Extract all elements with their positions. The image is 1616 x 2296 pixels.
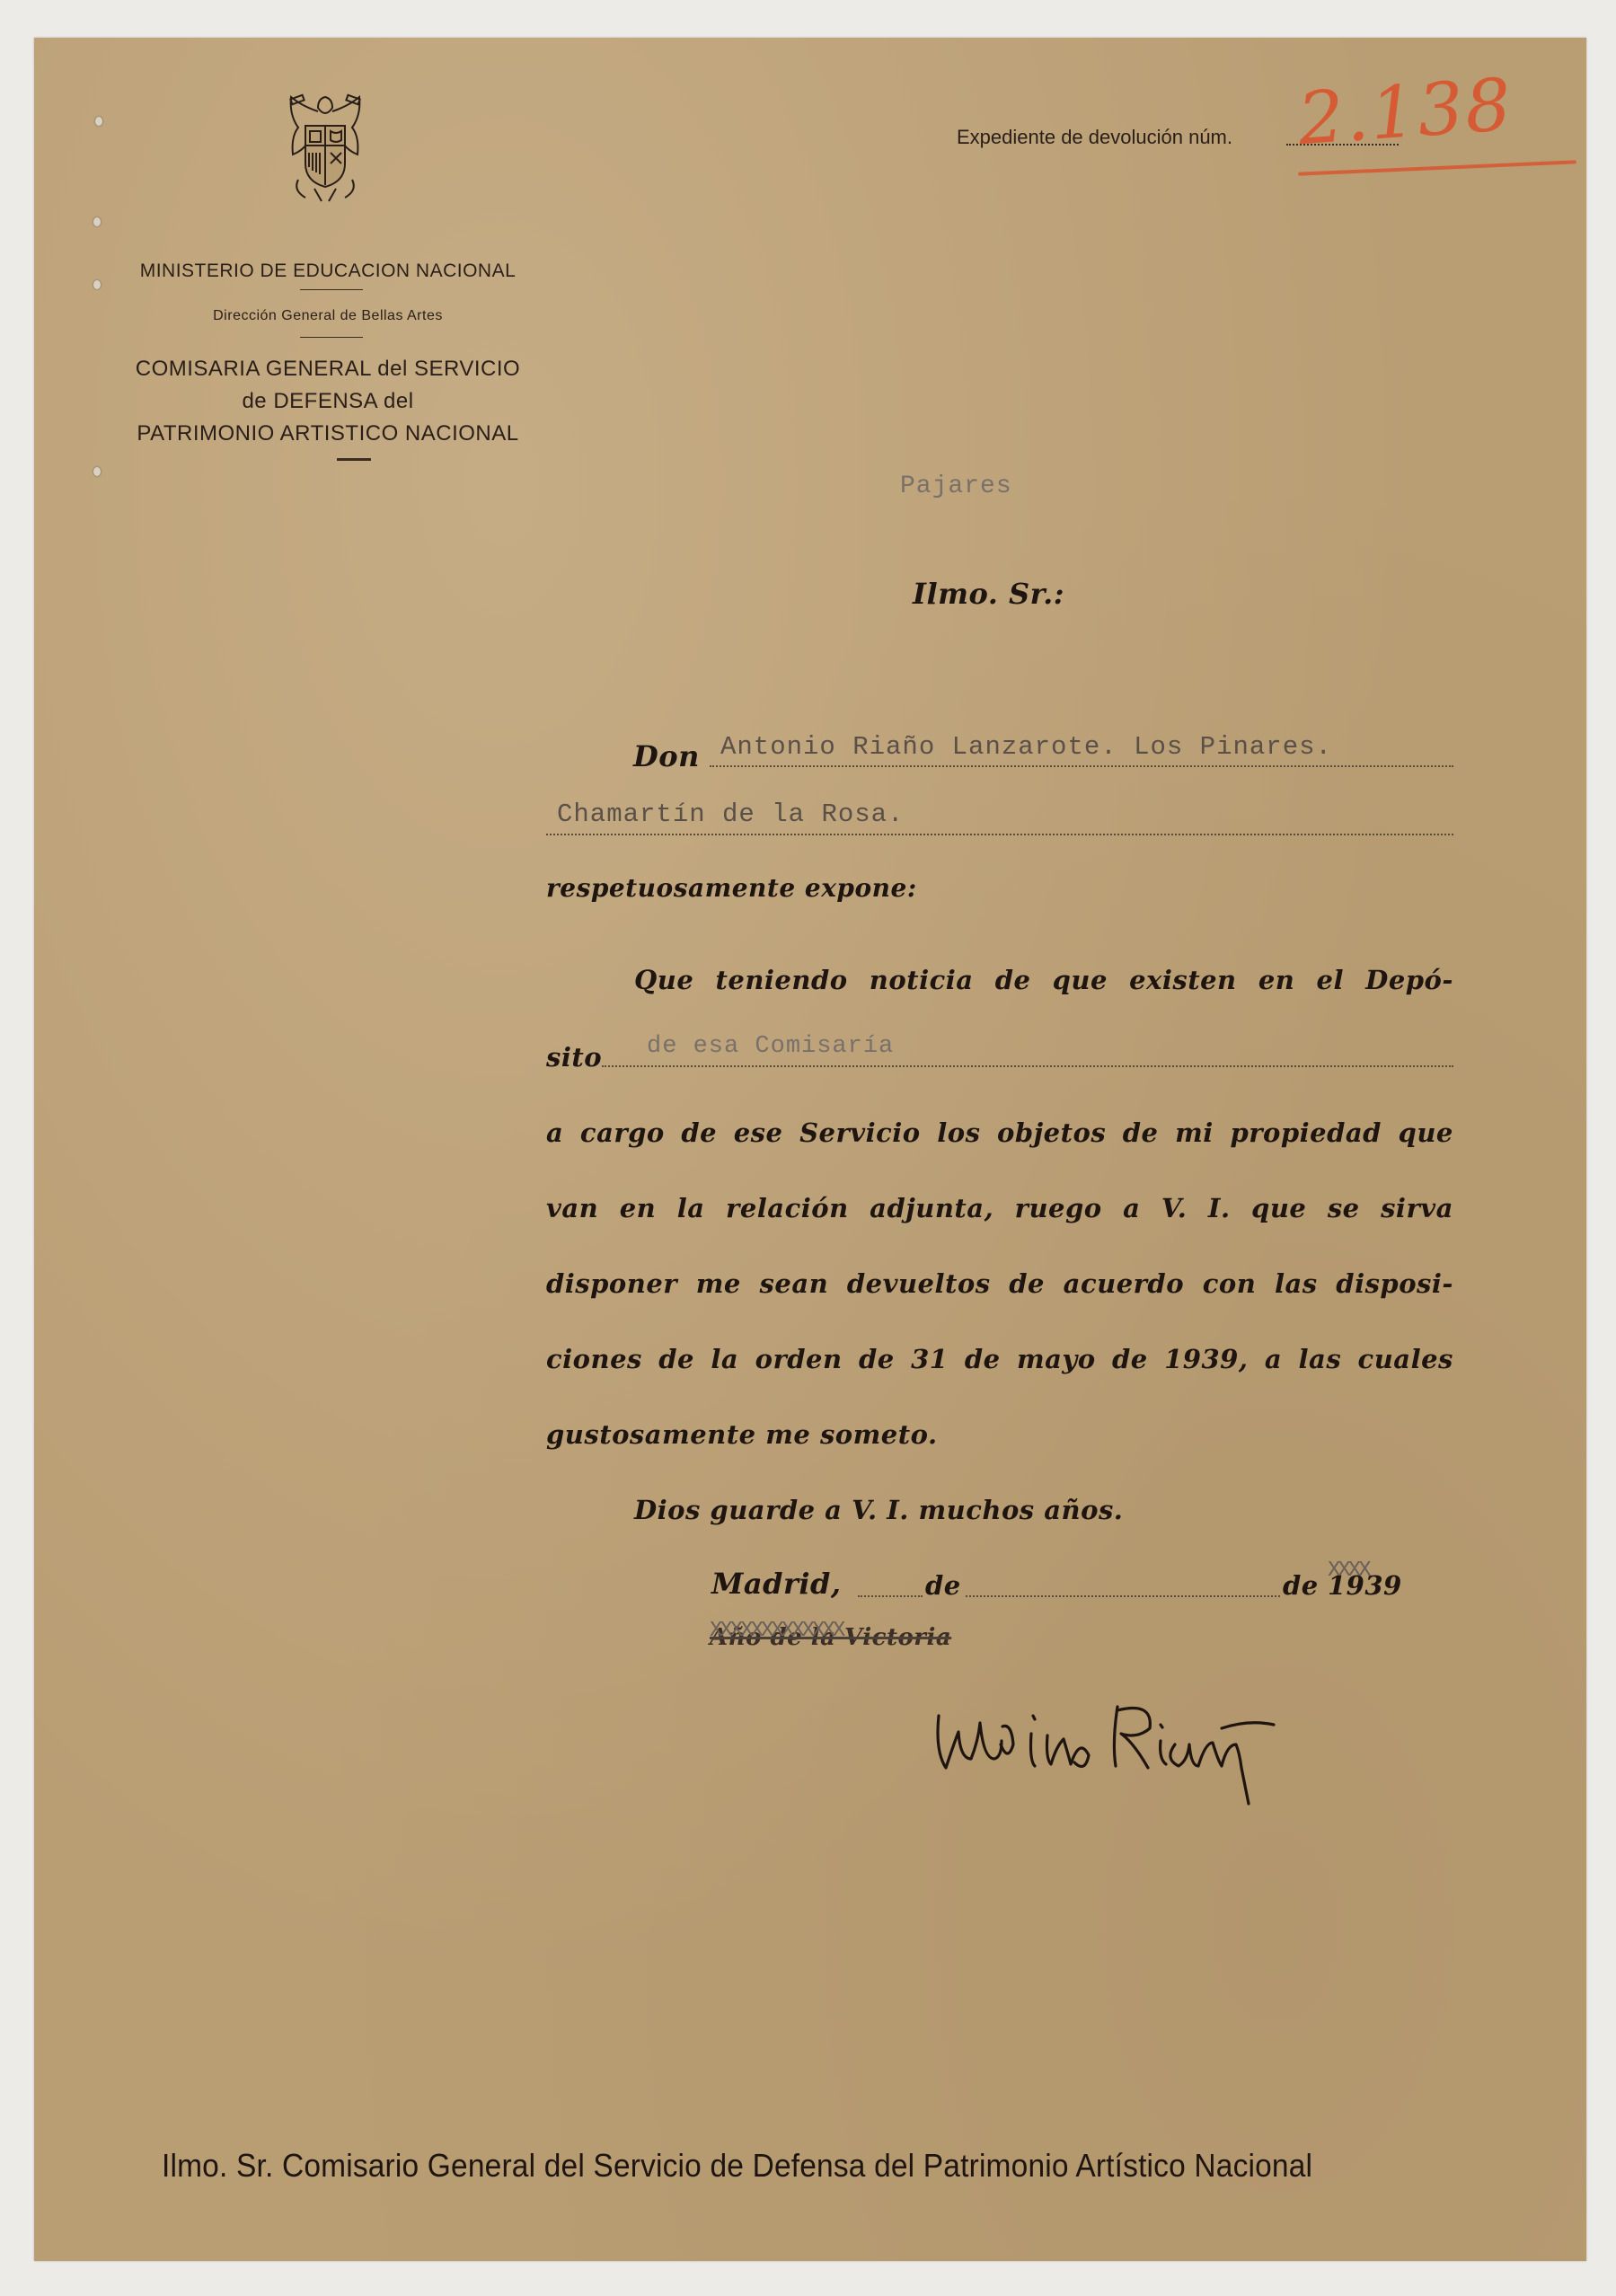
date-year-overstrike: XXXX: [1328, 1559, 1369, 1583]
binding-hole: [93, 467, 101, 476]
date-de-2: de: [1283, 1570, 1319, 1601]
don-label: Don: [633, 739, 700, 773]
date-de-1: de: [925, 1570, 961, 1601]
binding-hole: [93, 280, 101, 289]
directorate-name: Dirección General de Bellas Artes: [135, 308, 521, 324]
commission-name: COMISARIA GENERAL del SERVICIO de DEFENS…: [117, 353, 539, 450]
date-month-field: [966, 1595, 1280, 1597]
petitioner-address: Chamartín de la Rosa.: [557, 799, 904, 829]
commission-line: COMISARIA GENERAL del SERVICIO: [117, 353, 539, 385]
date-day-field: [858, 1595, 923, 1597]
petitioner-line-1: [710, 765, 1453, 767]
deposit-prefix: sito: [546, 1042, 602, 1073]
commission-line: de DEFENSA del: [117, 385, 539, 418]
petitioner-line-2: [546, 834, 1453, 835]
binding-hole: [95, 117, 102, 126]
binding-hole: [93, 217, 101, 226]
struck-motto-overstrike: XXXXXXXXXXXXX: [710, 1619, 843, 1643]
deposit-value: de esa Comisaría: [647, 1033, 894, 1060]
closing-line: Dios guarde a V. I. muchos años.: [634, 1495, 1123, 1525]
date-city: Madrid,: [711, 1567, 842, 1601]
addressee-footer: Ilmo. Sr. Comisario General del Servicio…: [162, 2147, 1312, 2185]
body-line-5: disponermeseandevueltosdeacuerdoconlasdi…: [546, 1268, 1453, 1299]
body-line-1: QueteniendonoticiadequeexistenenelDepó-: [634, 965, 1453, 995]
body-line-6: cionesdelaordende31demayode1939,alascual…: [546, 1344, 1453, 1374]
coat-of-arms-eagle-icon: [280, 90, 370, 207]
letterhead-divider: [300, 289, 363, 290]
ministry-name: MINISTERIO DE EDUCACION NACIONAL: [135, 261, 521, 282]
file-number-label: Expediente de devolución núm.: [957, 126, 1232, 149]
expone-text: respetuosamente expone:: [546, 873, 917, 903]
petitioner-name: Antonio Riaño Lanzarote. Los Pinares.: [720, 732, 1332, 762]
body-line-3: acargodeeseServiciolosobjetosdemipropied…: [546, 1117, 1453, 1148]
letterhead-divider: [337, 458, 371, 461]
salutation: Ilmo. Sr.:: [913, 577, 1064, 611]
commission-line: PATRIMONIO ARTISTICO NACIONAL: [117, 418, 539, 450]
body-line-7: gustosamente me someto.: [546, 1419, 938, 1450]
file-number-value: 2.138: [1295, 63, 1515, 161]
body-line-4: vanenlarelaciónadjunta,ruegoaV.I.quesesi…: [546, 1193, 1453, 1223]
letterhead-divider: [300, 337, 363, 338]
handwritten-signature: [925, 1689, 1374, 1806]
typed-header: Pajares: [900, 472, 1012, 500]
deposit-line: [602, 1065, 1453, 1067]
